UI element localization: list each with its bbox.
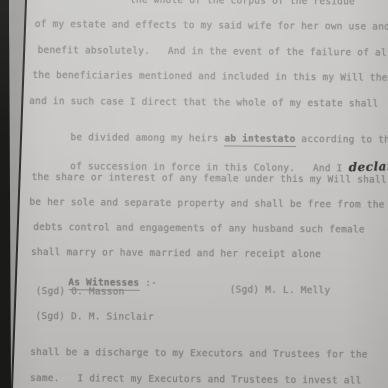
scanned-document-page: the whole of the corpus of the residue o… — [0, 0, 388, 388]
document-line: be her sole and separate property and sh… — [29, 197, 384, 211]
document-line-clipped: the whole of the corpus of the residue — [130, 0, 355, 7]
document-line: shall marry or have married and her rece… — [31, 247, 321, 260]
document-line: and in such case I direct that the whole… — [29, 96, 378, 110]
witness-heading-post: :- — [139, 278, 157, 289]
document-line: the share or interest of any female unde… — [32, 172, 387, 186]
document-line: debts control and engagements of any hus… — [33, 222, 365, 236]
document-line: the beneficiaries mentioned and included… — [32, 70, 388, 84]
document-line: same. I direct my Executors and Trustees… — [30, 373, 362, 387]
signature-line: (Sgd) M. L. Melly — [230, 284, 331, 296]
handwritten-correction-declare: declare — [348, 159, 388, 174]
signature-line: (Sgd) D. M. Sinclair — [35, 311, 153, 323]
line5-post: according to the laws — [295, 134, 388, 146]
line5-pre: be divided among my heirs — [70, 132, 224, 144]
document-line: benefit absolutely. And in the event of … — [38, 45, 388, 59]
underlined-phrase-ab-intestato: ab intestato — [224, 133, 295, 147]
typewritten-text: the whole of the corpus of the residue o… — [0, 0, 388, 388]
document-line: shall be a discharge to my Executors and… — [30, 347, 367, 361]
document-line: of my estate and effects to my said wife… — [35, 19, 388, 33]
signature-line: (Sgd) O. Masson — [36, 286, 125, 298]
